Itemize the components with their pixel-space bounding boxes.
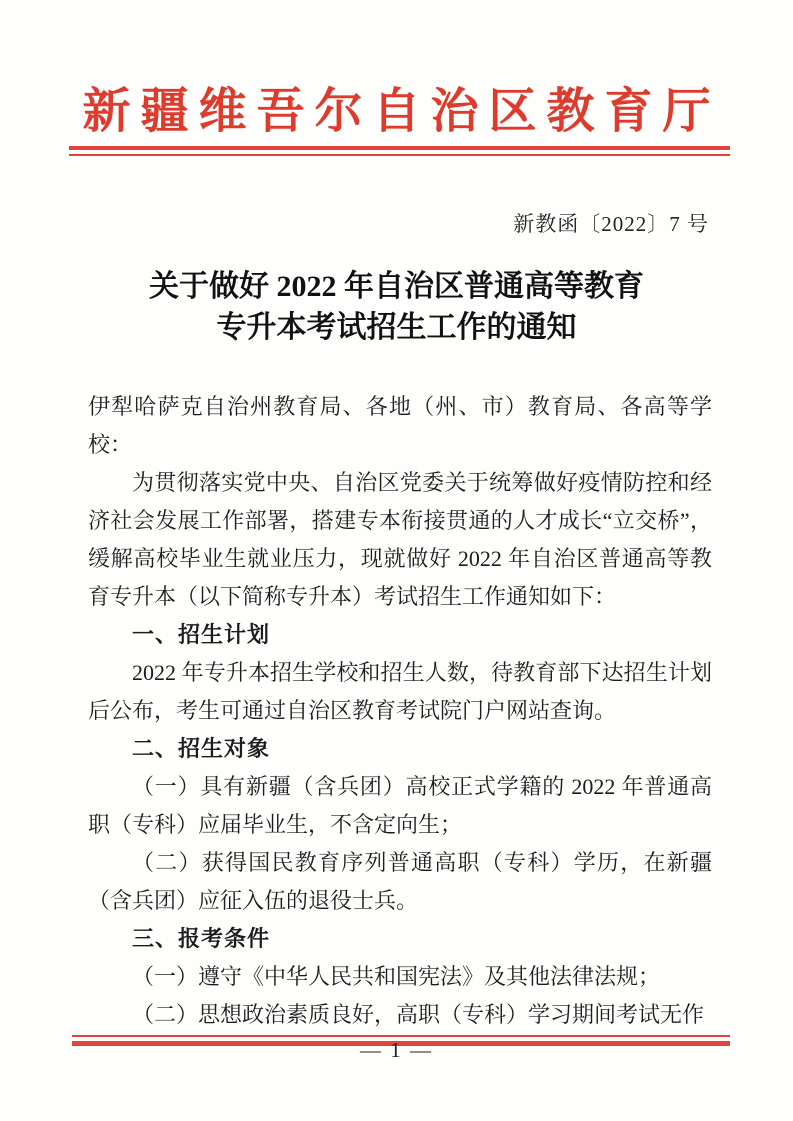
letterhead-divider-thin-line xyxy=(69,154,730,156)
section-3-item-1: （一）遵守《中华人民共和国宪法》及其他法律法规； xyxy=(88,958,712,996)
document-title-line-1: 关于做好 2022 年自治区普通高等教育 xyxy=(0,266,793,307)
letterhead-divider xyxy=(69,146,730,156)
section-heading-3: 三、报考条件 xyxy=(88,920,712,958)
section-1-paragraph: 2022 年专升本招生学校和招生人数，待教育部下达招生计划后公布，考生可通过自治… xyxy=(88,654,712,730)
document-title-line-2: 专升本考试招生工作的通知 xyxy=(0,307,793,348)
section-heading-1: 一、招生计划 xyxy=(88,616,712,654)
section-2-item-2: （二）获得国民教育序列普通高职（专科）学历，在新疆（含兵团）应征入伍的退役士兵。 xyxy=(88,844,712,920)
section-heading-2: 二、招生对象 xyxy=(88,730,712,768)
document-title: 关于做好 2022 年自治区普通高等教育 专升本考试招生工作的通知 xyxy=(0,266,793,348)
section-3-item-2: （二）思想政治素质良好，高职（专科）学习期间考试无作 xyxy=(88,996,712,1034)
page-number: — 1 — xyxy=(0,1038,793,1063)
document-page: 新疆维吾尔自治区教育厅 新教函〔2022〕7 号 关于做好 2022 年自治区普… xyxy=(0,0,793,1121)
document-body: 伊犁哈萨克自治州教育局、各地（州、市）教育局、各高等学校： 为贯彻落实党中央、自… xyxy=(88,388,712,1034)
intro-paragraph: 为贯彻落实党中央、自治区党委关于统筹做好疫情防控和经济社会发展工作部署，搭建专本… xyxy=(88,464,712,616)
document-reference-number: 新教函〔2022〕7 号 xyxy=(513,208,709,238)
section-2-item-1: （一）具有新疆（含兵团）高校正式学籍的 2022 年普通高职（专科）应届毕业生，… xyxy=(88,768,712,844)
letterhead-agency-name: 新疆维吾尔自治区教育厅 xyxy=(0,72,793,141)
salutation: 伊犁哈萨克自治州教育局、各地（州、市）教育局、各高等学校： xyxy=(88,388,712,464)
